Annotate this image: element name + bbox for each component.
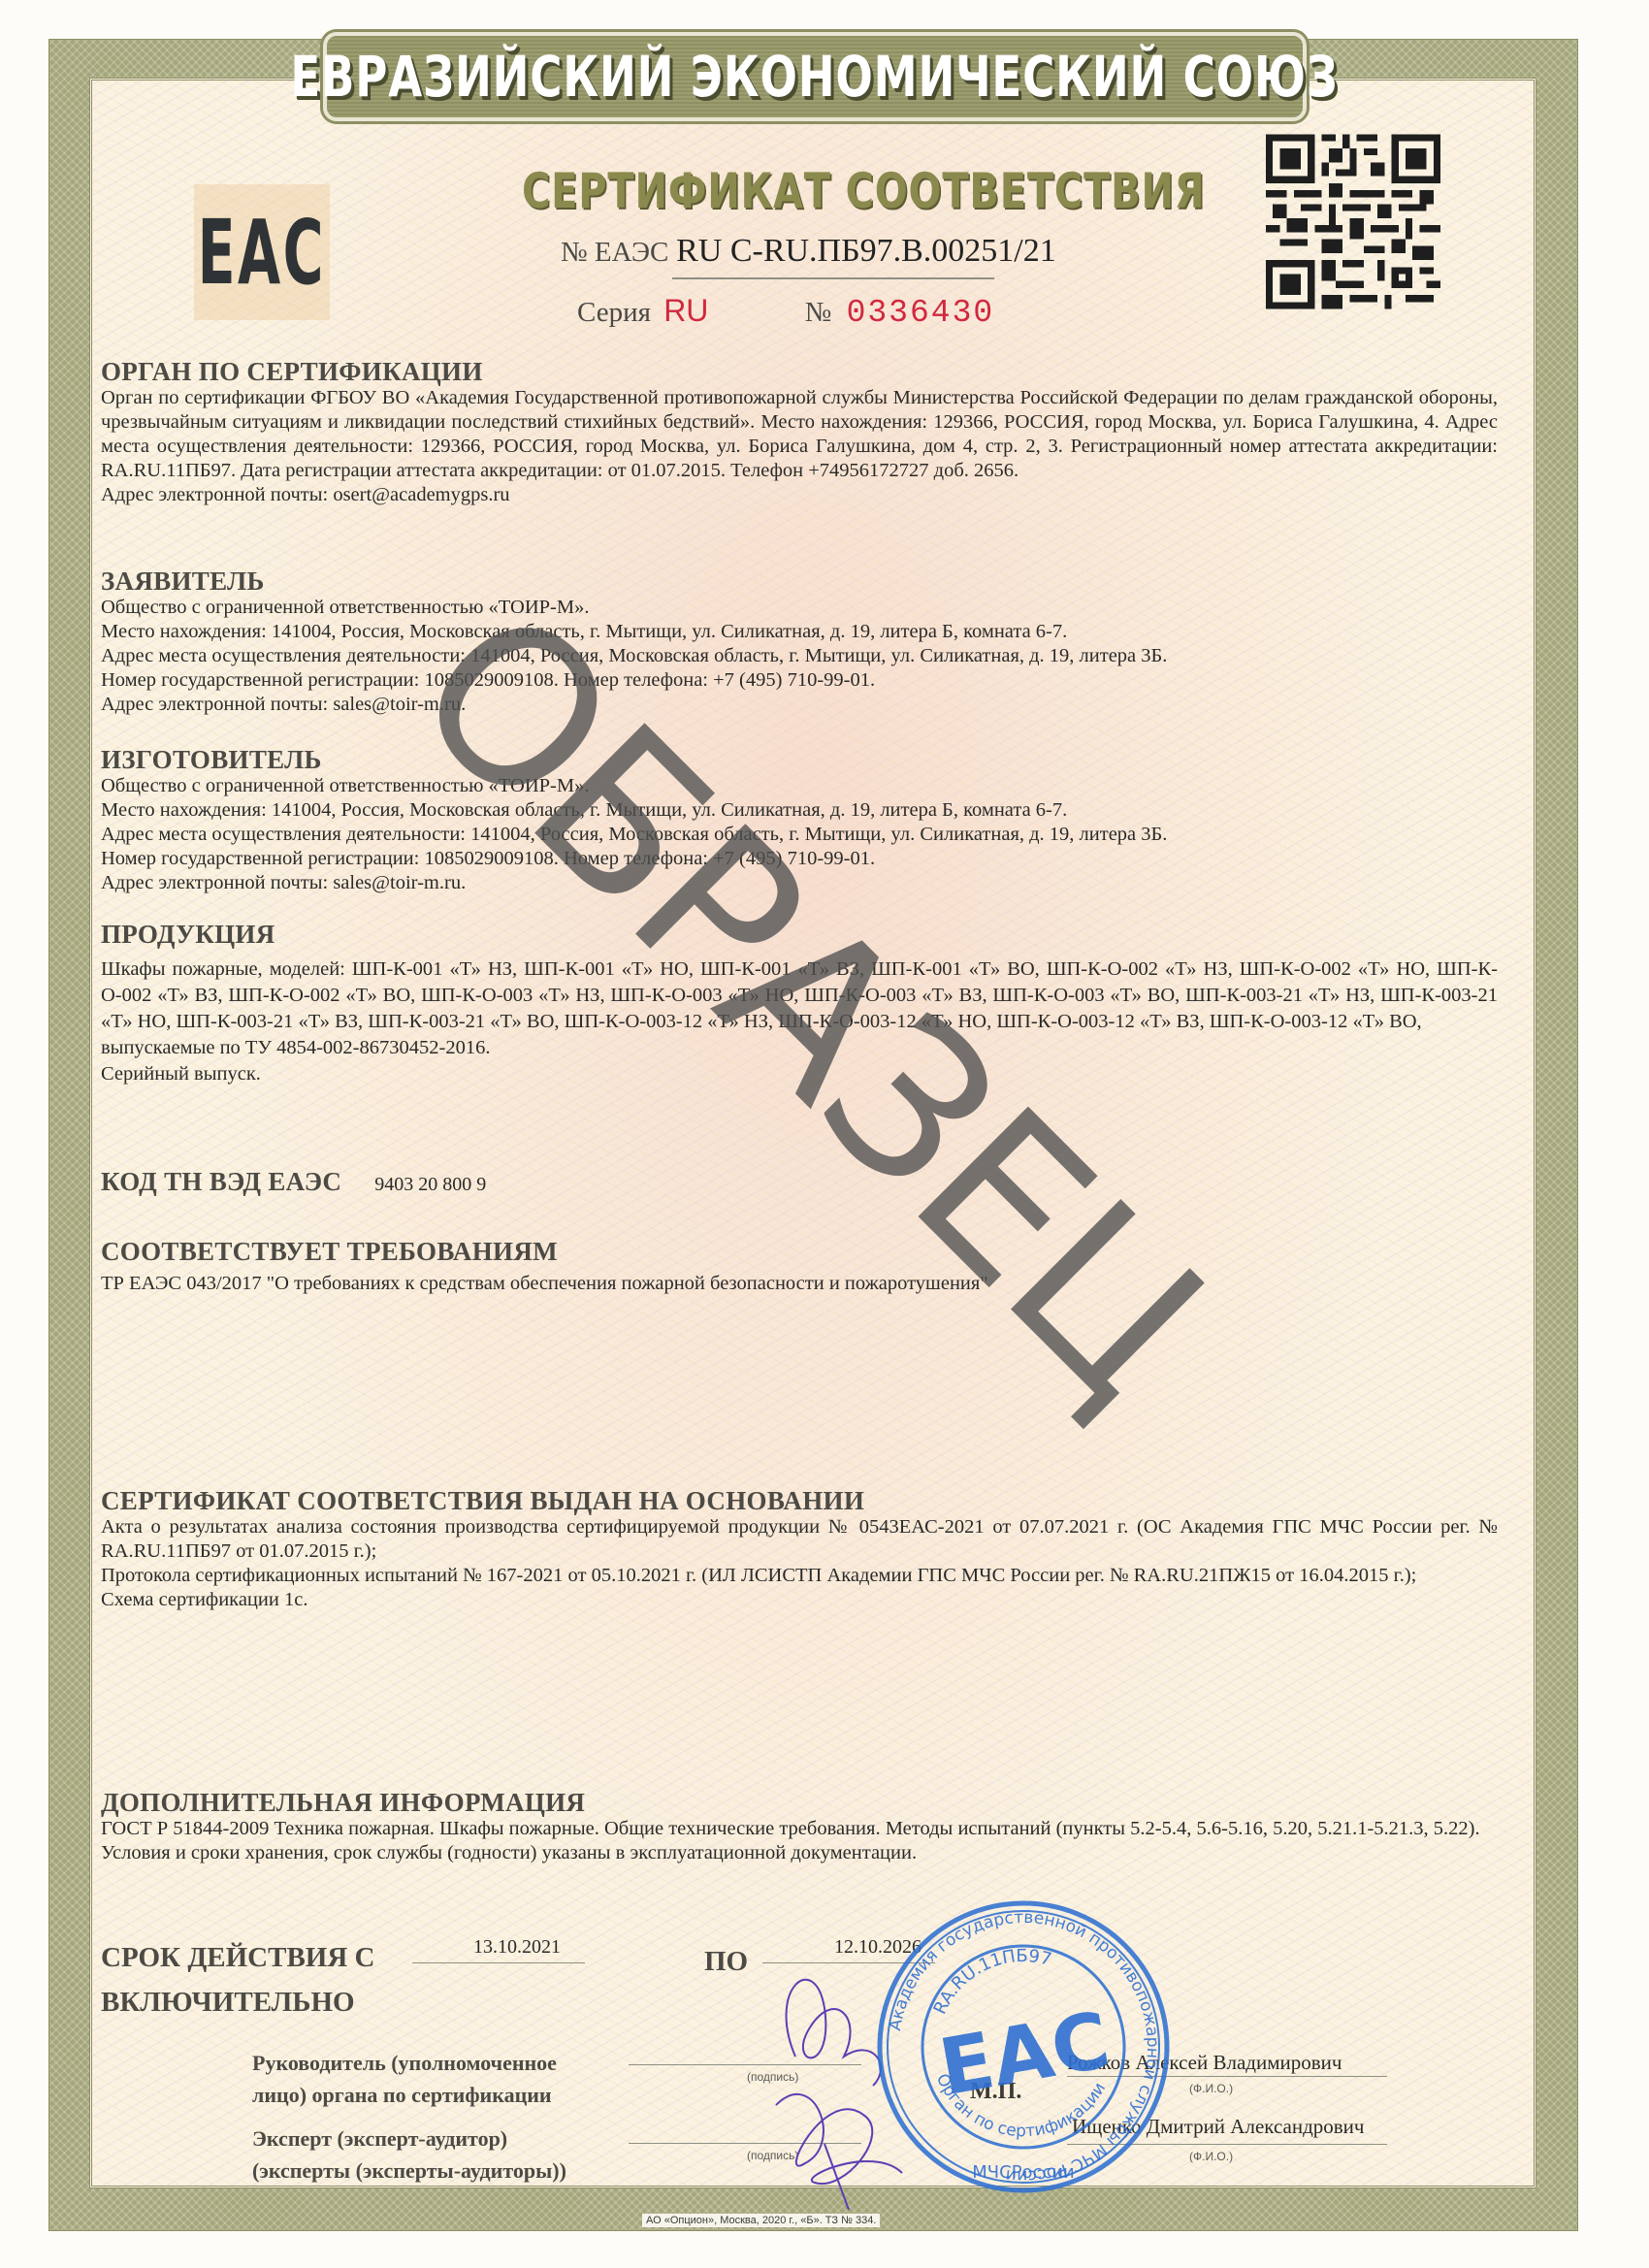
certificate-number-underline (672, 277, 994, 279)
section-heading: КОД ТН ВЭД ЕАЭС (101, 1167, 341, 1196)
svg-text:МЧСРоссии: МЧСРоссии (972, 2162, 1075, 2183)
basis-act: Акта о результатах анализа состояния про… (101, 1515, 1498, 1564)
additional-storage: Условия и сроки хранения, срок службы (г… (101, 1841, 1498, 1865)
certificate-number: RU C-RU.ПБ97.B.00251/21 (676, 233, 1056, 269)
head-fio-caption: (Ф.И.О.) (1189, 2082, 1233, 2095)
validity-to-label: ПО (704, 1946, 748, 1978)
certification-body-text: Орган по сертификации ФГБОУ ВО «Академия… (101, 386, 1498, 483)
manufacturer-details: Общество с ограниченной ответственностью… (101, 774, 1498, 895)
section-additional-info: ДОПОЛНИТЕЛЬНАЯ ИНФОРМАЦИЯ ГОСТ Р 51844-2… (101, 1788, 1498, 1865)
validity-from-date: 13.10.2021 (473, 1936, 561, 1959)
additional-gost: ГОСТ Р 51844-2009 Техника пожарная. Шкаф… (101, 1817, 1498, 1841)
certificate-number-row: № ЕАЭС RU C-RU.ПБ97.B.00251/21 (561, 233, 1056, 270)
union-title: ЕВРАЗИЙСКИЙ ЭКОНОМИЧЕСКИЙ СОЮЗ (291, 44, 1339, 110)
section-heading: ДОПОЛНИТЕЛЬНАЯ ИНФОРМАЦИЯ (101, 1788, 1498, 1817)
section-manufacturer: ИЗГОТОВИТЕЛЬ Общество с ограниченной отв… (101, 745, 1498, 895)
section-heading: ИЗГОТОВИТЕЛЬ (101, 745, 1498, 774)
from-date-underline (412, 1962, 585, 1963)
section-product: ПРОДУКЦИЯ Шкафы пожарные, моделей: ШП-К-… (101, 920, 1498, 1087)
section-heading: ОРГАН ПО СЕРТИФИКАЦИИ (101, 357, 1498, 386)
certificate-title: СЕРТИФИКАТ СООТВЕТСТВИЯ (522, 163, 1127, 219)
section-heading: СЕРТИФИКАТ СООТВЕТСТВИЯ ВЫДАН НА ОСНОВАН… (101, 1486, 1498, 1515)
section-requirements: СООТВЕТСТВУЕТ ТРЕБОВАНИЯМ ТР ЕАЭС 043/20… (101, 1237, 1498, 1296)
qr-code-icon (1266, 133, 1440, 310)
blank-number-label: № (805, 297, 832, 328)
applicant-details: Общество с ограниченной ответственностью… (101, 596, 1498, 717)
certificate-number-label: № ЕАЭС (561, 237, 668, 268)
product-serial: Серийный выпуск. (101, 1061, 1498, 1087)
section-heading: ЗАЯВИТЕЛЬ (101, 567, 1498, 596)
series-label: Серия (577, 297, 651, 328)
section-applicant: ЗАЯВИТЕЛЬ Общество с ограниченной ответс… (101, 567, 1498, 717)
section-certification-body: ОРГАН ПО СЕРТИФИКАЦИИ Орган по сертифика… (101, 357, 1498, 507)
basis-protocol: Протокола сертификационных испытаний № 1… (101, 1564, 1498, 1588)
basis-scheme: Схема сертификации 1с. (101, 1588, 1498, 1612)
certification-stamp-icon: Академия государственной противопожарной… (873, 1896, 1174, 2197)
product-tu: выпускаемые по ТУ 4854-002-86730452-2016… (101, 1035, 1498, 1061)
eac-logo-icon: ЕАС (194, 184, 330, 320)
tn-ved-code: 9403 20 800 9 (374, 1174, 486, 1195)
requirements-text: ТР ЕАЭС 043/2017 "О требованиях к средст… (101, 1272, 1498, 1296)
section-heading: СООТВЕТСТВУЕТ ТРЕБОВАНИЯМ (101, 1237, 1498, 1266)
series-row: Серия RU № 0336430 (577, 293, 994, 331)
validity-from-label: СРОК ДЕЙСТВИЯ С (101, 1942, 375, 1974)
union-banner: ЕВРАЗИЙСКИЙ ЭКОНОМИЧЕСКИЙ СОЮЗ (323, 32, 1307, 121)
blank-number: 0336430 (847, 295, 995, 331)
product-models: Шкафы пожарные, моделей: ШП-К-001 «Т» НЗ… (101, 956, 1498, 1035)
head-label: Руководитель (уполномоченное лицо) орган… (252, 2047, 557, 2111)
section-basis: СЕРТИФИКАТ СООТВЕТСТВИЯ ВЫДАН НА ОСНОВАН… (101, 1486, 1498, 1612)
series-value: RU (663, 293, 708, 328)
expert-fio-caption: (Ф.И.О.) (1189, 2150, 1233, 2163)
expert-label: Эксперт (эксперт-аудитор) (эксперты (экс… (252, 2122, 566, 2187)
printer-imprint: АО «Опцион», Москва, 2020 г., «Б». ТЗ № … (642, 2214, 880, 2227)
validity-inclusive-label: ВКЛЮЧИТЕЛЬНО (101, 1987, 355, 2019)
section-tn-ved: КОД ТН ВЭД ЕАЭС 9403 20 800 9 (101, 1167, 1498, 1196)
section-heading: ПРОДУКЦИЯ (101, 920, 1498, 949)
certification-body-email: Адрес электронной почты: osert@academygp… (101, 483, 1498, 507)
